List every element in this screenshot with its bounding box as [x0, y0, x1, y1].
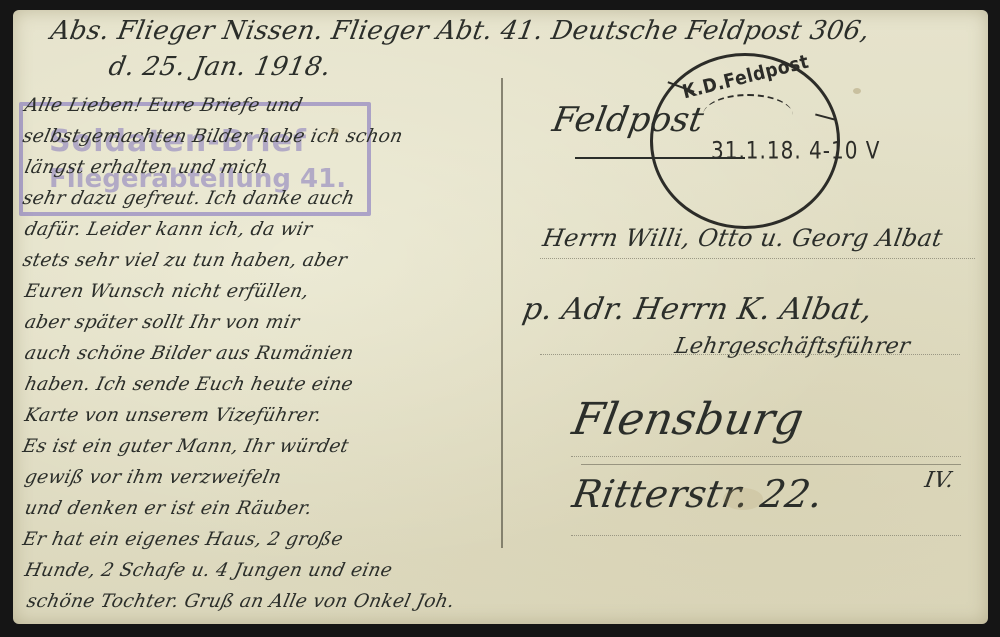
- address-line-2: [540, 354, 960, 355]
- address-line-4: [571, 535, 961, 536]
- message-line: aber später sollt Ihr von mir: [22, 307, 303, 338]
- message-line: Hunde, 2 Schafe u. 4 Jungen und eine: [22, 555, 396, 586]
- recipient-names: Herrn Willi, Otto u. Georg Albat: [541, 224, 945, 252]
- destination-city: Flensburg: [569, 394, 808, 445]
- recipient-occupation: Lehrgeschäftsführer: [673, 334, 912, 359]
- message-address-divider: [501, 78, 503, 548]
- postmark-date: 31.1.18. 4-10 V: [711, 136, 880, 165]
- date-line: d. 25. Jan. 1918.: [106, 52, 333, 82]
- paper-stain: [853, 88, 861, 94]
- message-line: Alle Lieben! Eure Briefe und: [22, 90, 306, 121]
- paper-stain: [723, 488, 763, 510]
- city-underline: [581, 464, 961, 465]
- message-line: Karte von unserem Vizeführer.: [22, 400, 325, 431]
- service-label-underline: [575, 157, 745, 159]
- street-address: Ritterstr. 22.: [569, 472, 826, 516]
- service-label: Feldpost: [549, 100, 706, 140]
- care-of-line: p. Adr. Herrn K. Albat,: [520, 292, 875, 327]
- postmark-tick: [815, 113, 835, 120]
- message-line: schöne Tochter. Gruß an Alle von Onkel J…: [24, 586, 458, 617]
- message-line: Er hat ein eigenes Haus, 2 große: [20, 524, 346, 555]
- message-line: längst erhalten und mich: [22, 152, 271, 183]
- paper-stain: [331, 128, 339, 134]
- postcard: Abs. Flieger Nissen. Flieger Abt. 41. De…: [13, 10, 988, 624]
- scan-background: Abs. Flieger Nissen. Flieger Abt. 41. De…: [0, 0, 1000, 637]
- message-line: und denken er ist ein Räuber.: [22, 493, 315, 524]
- message-line: haben. Ich sende Euch heute eine: [22, 369, 356, 400]
- message-line: sehr dazu gefreut. Ich danke auch: [20, 183, 358, 214]
- message-line: Es ist ein guter Mann, Ihr würdet: [20, 431, 352, 462]
- postmark-stamp: K.D.Feldpost 31.1.18. 4-10 V: [650, 53, 840, 229]
- address-line-1: [540, 258, 975, 259]
- message-line: Euren Wunsch nicht erfüllen,: [22, 276, 312, 307]
- message-line: stets sehr viel zu tun haben, aber: [20, 245, 350, 276]
- message-line: dafür. Leider kann ich, da wir: [22, 214, 316, 245]
- message-line: auch schöne Bilder aus Rumänien: [22, 338, 357, 369]
- sender-line: Abs. Flieger Nissen. Flieger Abt. 41. De…: [48, 16, 872, 46]
- message-line: selbstgemachten Bilder habe ich schon: [20, 121, 406, 152]
- postmark-inner-arc: [703, 94, 793, 136]
- message-line: gewiß vor ihm verzweifeln: [22, 462, 285, 493]
- street-floor-superscript: IV.: [923, 468, 956, 493]
- address-line-3: [571, 456, 961, 457]
